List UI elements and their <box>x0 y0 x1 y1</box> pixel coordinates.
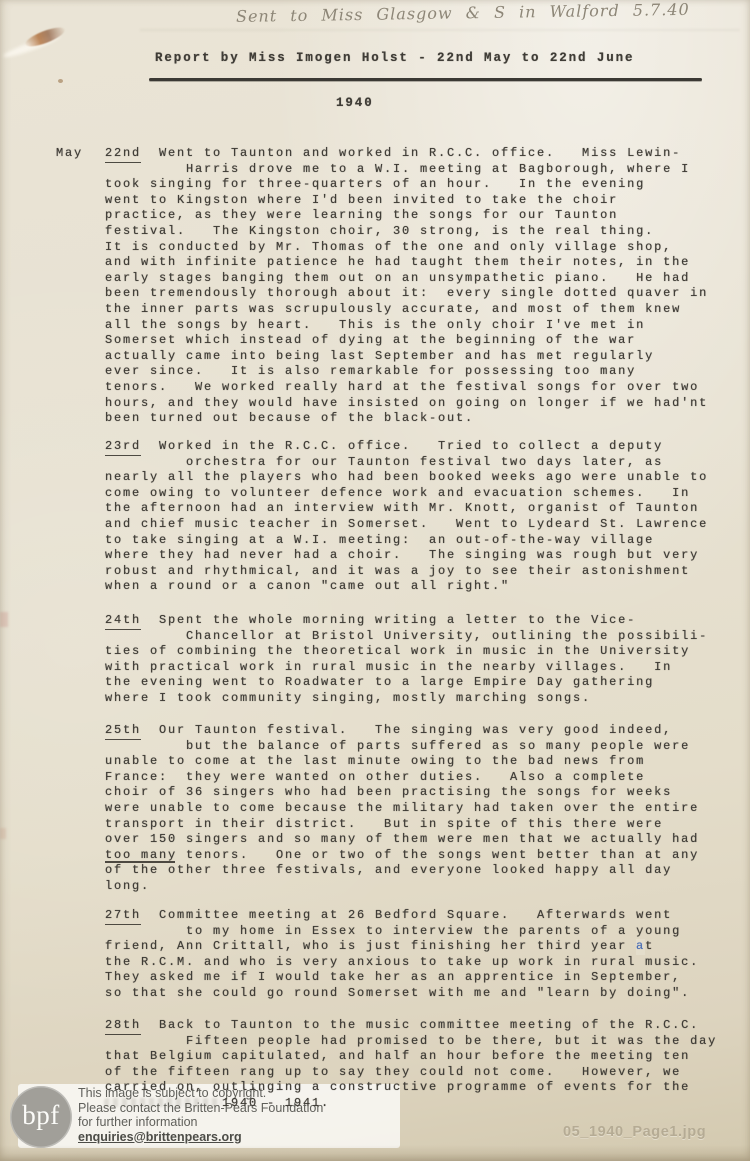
edge-smudge <box>0 612 8 627</box>
bpf-logo: bpf <box>10 1086 72 1148</box>
page-edge-shadow <box>0 1145 750 1161</box>
title-underline <box>149 78 702 81</box>
entry-text: Our Taunton festival. The singing was ve… <box>105 723 699 895</box>
edge-smudge <box>0 828 6 839</box>
year-heading: 1940 <box>336 96 374 112</box>
month-label: May <box>56 146 83 162</box>
entry-text: Spent the whole morning writing a letter… <box>105 613 708 707</box>
entry-text: Committee meeting at 26 Bedford Square. … <box>105 908 699 1002</box>
handwritten-annotation: Sent to Miss Glasgow & S in Walford 5.7.… <box>236 0 736 26</box>
blue-ink-correction: a <box>636 939 645 955</box>
document-page: Sent to Miss Glasgow & S in Walford 5.7.… <box>0 0 750 1161</box>
filename-caption: 05_1940_Page1.jpg <box>563 1124 706 1140</box>
faded-text-smudge <box>104 1098 222 1107</box>
bpf-logo-text: bpf <box>22 1100 60 1134</box>
entry-text: Went to Taunton and worked in R.C.C. off… <box>105 146 708 427</box>
too-many-underline <box>105 861 175 863</box>
paper-crease <box>140 29 740 31</box>
rust-stain <box>23 24 67 50</box>
watermark-email: enquiries@brittenpears.org <box>78 1130 398 1145</box>
watermark-line: for further information <box>78 1115 398 1130</box>
entry-text: Worked in the R.C.C. office. Tried to co… <box>105 439 708 595</box>
report-title: Report by Miss Imogen Holst - 22nd May t… <box>155 51 634 67</box>
paper-speck <box>58 79 63 83</box>
